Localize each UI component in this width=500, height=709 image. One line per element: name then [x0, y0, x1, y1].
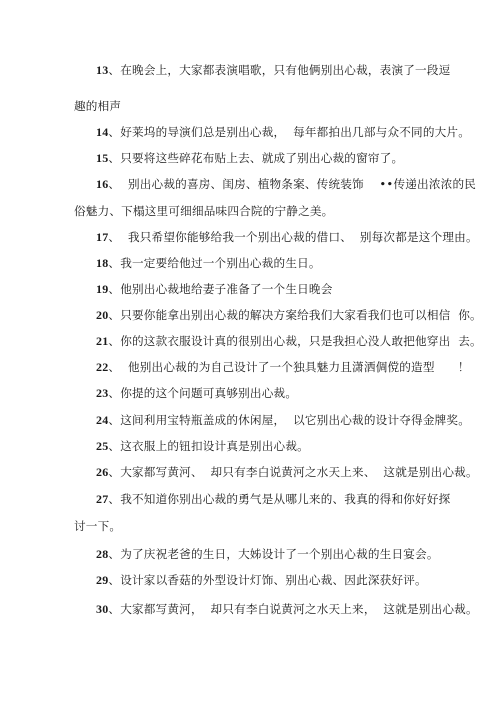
- number-separator: 、: [108, 547, 120, 561]
- number-separator: 、: [108, 465, 120, 479]
- number-separator: 、: [108, 151, 120, 165]
- sentence-text: 他别出心裁的为自己设计了一个独具魅力且潇洒倜傥的造型 ！: [120, 360, 470, 374]
- sentence-number: 28: [96, 547, 108, 561]
- sentence-item: 19、他别出心裁地给妻子准备了一个生日晚会: [96, 281, 333, 297]
- sentence-text: 这间利用宝特瓶盖成的休闲屋， 以它别出心裁的设计夺得金牌奖。: [120, 413, 470, 427]
- number-separator: 、: [108, 63, 120, 77]
- sentence-number: 26: [96, 465, 108, 479]
- sentence-number: 23: [96, 386, 108, 400]
- sentence-text: 为了庆祝老爸的生日，大姊设计了一个别出心裁的生日宴会。: [120, 547, 438, 561]
- number-separator: 、: [108, 334, 120, 348]
- sentence-number: 16: [96, 177, 108, 191]
- sentence-text: 大家都写黄河、 却只有李白说黄河之水天上来、 这就是别出心裁。: [120, 465, 478, 479]
- sentence-continuation: 讨一下。: [74, 518, 121, 534]
- number-separator: 、: [108, 492, 120, 506]
- sentence-number: 29: [96, 573, 108, 587]
- sentence-number: 21: [96, 334, 108, 348]
- sentence-text: 我只希望你能够给我一个别出心裁的借口、 别每次都是这个理由。: [120, 230, 478, 244]
- sentence-item: 18、我一定要给他过一个别出心裁的生日。: [96, 255, 321, 271]
- sentence-number: 20: [96, 308, 108, 322]
- sentence-continuation: 俗魅力、下榻这里可细细品味四合院的宁静之美。: [74, 203, 333, 219]
- number-separator: 、: [108, 125, 120, 139]
- sentence-text: 趣的相声: [74, 99, 121, 113]
- document-page: 13、在晚会上，大家都表演唱歌，只有他俩别出心裁，表演了一段逗趣的相声14、好莱…: [0, 0, 500, 709]
- sentence-number: 27: [96, 492, 108, 506]
- sentence-item: 22、 他别出心裁的为自己设计了一个独具魅力且潇洒倜傥的造型 ！: [96, 359, 470, 375]
- sentence-item: 27、我不知道你别出心裁的勇气是从哪儿来的、我真的得和你好好探: [96, 491, 450, 507]
- sentence-continuation: 趣的相声: [74, 98, 121, 114]
- sentence-text: 俗魅力、下榻这里可细细品味四合院的宁静之美。: [74, 204, 333, 218]
- number-separator: 、: [108, 308, 120, 322]
- sentence-text: 我一定要给他过一个别出心裁的生日。: [120, 256, 321, 270]
- sentence-text: 只要将这些碎花布贴上去、就成了别出心裁的窗帘了。: [120, 151, 403, 165]
- sentence-number: 13: [96, 63, 108, 77]
- sentence-text: 在晚会上，大家都表演唱歌，只有他俩别出心裁，表演了一段逗: [120, 63, 450, 77]
- sentence-item: 26、大家都写黄河、 却只有李白说黄河之水天上来、 这就是别出心裁。: [96, 464, 478, 480]
- sentence-item: 16、 别出心裁的喜房、闺房、植物条案、传统装饰 ••传递出浓浓的民: [96, 176, 476, 192]
- sentence-number: 14: [96, 125, 108, 139]
- sentence-number: 24: [96, 413, 108, 427]
- sentence-text: 他别出心裁地给妻子准备了一个生日晚会: [120, 282, 332, 296]
- sentence-text: 讨一下。: [74, 519, 121, 533]
- number-separator: 、: [108, 602, 120, 616]
- sentence-item: 20、只要你能拿出别出心裁的解决方案给我们大家看我们也可以相信 你。: [96, 307, 482, 323]
- sentence-item: 29、设计家以香菇的外型设计灯饰、别出心裁、因此深获好评。: [96, 572, 427, 588]
- sentence-item: 30、大家都写黄河， 却只有李白说黄河之水天上来， 这就是别出心裁。: [96, 601, 478, 617]
- sentence-number: 17: [96, 230, 108, 244]
- sentence-number: 19: [96, 282, 108, 296]
- sentence-item: 23、你提的这个问题可真够别出心裁。: [96, 385, 297, 401]
- number-separator: 、: [108, 573, 120, 587]
- number-separator: 、: [108, 177, 120, 191]
- number-separator: 、: [108, 230, 120, 244]
- sentence-item: 21、你的这款衣服设计真的很别出心裁，只是我担心没人敢把他穿出 去。: [96, 333, 482, 349]
- sentence-text: 这衣服上的钮扣设计真是别出心裁。: [120, 439, 309, 453]
- sentence-number: 15: [96, 151, 108, 165]
- sentence-number: 22: [96, 360, 108, 374]
- sentence-item: 14、好莱坞的导演们总是别出心裁， 每年都拍出几部与众不同的大片。: [96, 124, 470, 140]
- sentence-text: 我不知道你别出心裁的勇气是从哪儿来的、我真的得和你好好探: [120, 492, 450, 506]
- sentence-text: 好莱坞的导演们总是别出心裁， 每年都拍出几部与众不同的大片。: [120, 125, 470, 139]
- sentence-text: 设计家以香菇的外型设计灯饰、别出心裁、因此深获好评。: [120, 573, 427, 587]
- sentence-number: 30: [96, 602, 108, 616]
- sentence-item: 24、这间利用宝特瓶盖成的休闲屋， 以它别出心裁的设计夺得金牌奖。: [96, 412, 470, 428]
- sentence-text: 你的这款衣服设计真的很别出心裁，只是我担心没人敢把他穿出 去。: [120, 334, 482, 348]
- sentence-item: 17、 我只希望你能够给我一个别出心裁的借口、 别每次都是这个理由。: [96, 229, 478, 245]
- sentence-item: 15、只要将这些碎花布贴上去、就成了别出心裁的窗帘了。: [96, 150, 403, 166]
- number-separator: 、: [108, 360, 120, 374]
- sentence-number: 18: [96, 256, 108, 270]
- number-separator: 、: [108, 439, 120, 453]
- sentence-number: 25: [96, 439, 108, 453]
- number-separator: 、: [108, 282, 120, 296]
- sentence-text: 大家都写黄河， 却只有李白说黄河之水天上来， 这就是别出心裁。: [120, 602, 478, 616]
- sentence-item: 25、这衣服上的钮扣设计真是别出心裁。: [96, 438, 309, 454]
- sentence-text: 别出心裁的喜房、闺房、植物条案、传统装饰 ••传递出浓浓的民: [120, 177, 476, 191]
- sentence-text: 只要你能拿出别出心裁的解决方案给我们大家看我们也可以相信 你。: [120, 308, 482, 322]
- sentence-text: 你提的这个问题可真够别出心裁。: [120, 386, 297, 400]
- number-separator: 、: [108, 386, 120, 400]
- sentence-item: 13、在晚会上，大家都表演唱歌，只有他俩别出心裁，表演了一段逗: [96, 62, 450, 78]
- number-separator: 、: [108, 256, 120, 270]
- sentence-item: 28、为了庆祝老爸的生日，大姊设计了一个别出心裁的生日宴会。: [96, 546, 439, 562]
- number-separator: 、: [108, 413, 120, 427]
